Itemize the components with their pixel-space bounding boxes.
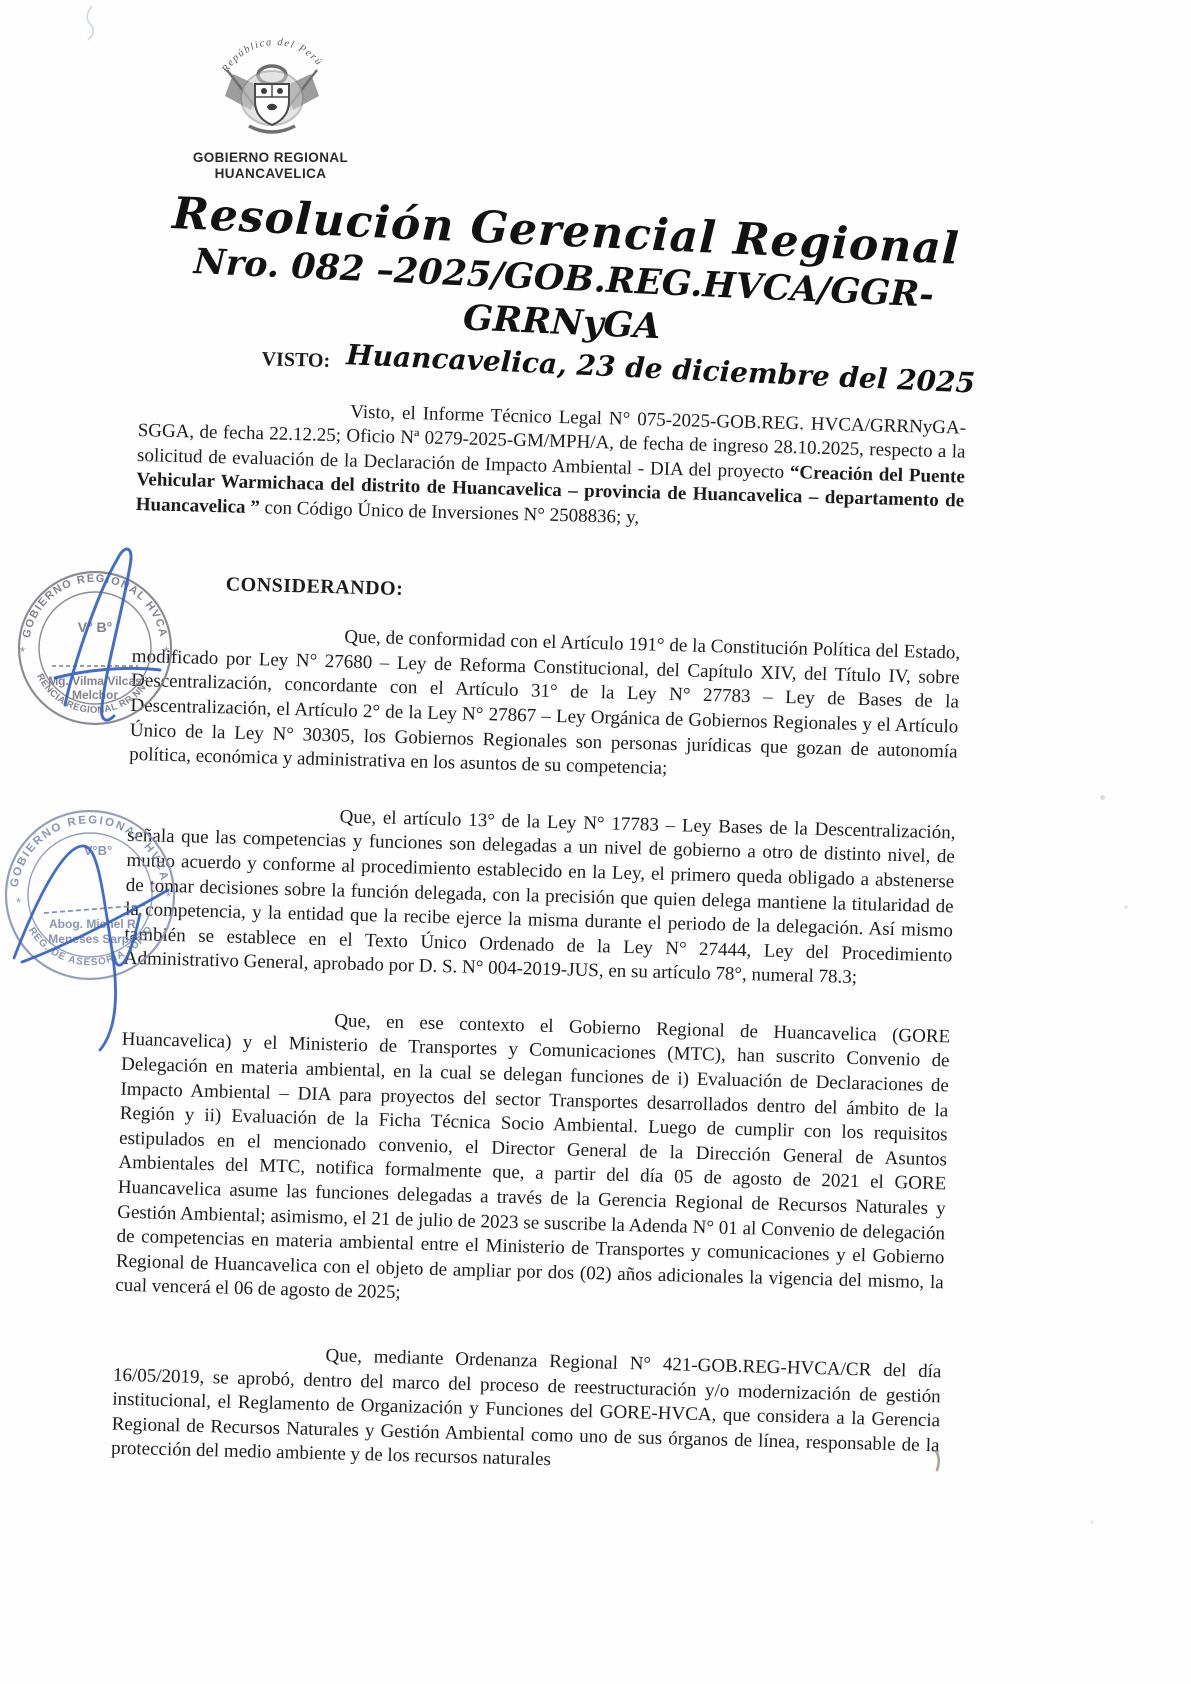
document-page: República del Perú	[0, 0, 1191, 1684]
visto-paragraph: Visto, el Informe Técnico Legal N° 075-2…	[135, 395, 966, 540]
signature-meneses-sarpa	[0, 818, 210, 1058]
scan-artifact-top-left	[70, 2, 120, 52]
svg-text:República del Perú: República del Perú	[219, 37, 324, 75]
emblem-banner	[249, 126, 295, 132]
considerando-paragraph-1: Que, de conformidad con el Artículo 191°…	[129, 620, 961, 789]
emblem-arc-text: República del Perú	[219, 37, 324, 75]
signature-vilma-vilcas	[30, 528, 190, 748]
considerando-paragraph-2: Que, el artículo 13° de la Ley N° 17783 …	[124, 800, 956, 994]
org-name-line2: HUANCAVELICA	[188, 166, 353, 182]
stamp1-star-left: *	[20, 644, 25, 659]
scan-speck	[1100, 795, 1105, 800]
considerando-heading: CONSIDERANDO:	[225, 572, 961, 616]
considerando-paragraph-4: Que, mediante Ordenanza Regional N° 421-…	[111, 1339, 942, 1484]
considerando-paragraph-3: Que, en ese contexto el Gobierno Regiona…	[115, 1004, 950, 1321]
peru-coat-of-arms: República del Perú	[191, 30, 351, 148]
scan-speck	[1090, 1520, 1094, 1524]
resolution-body: VISTO: Visto, el Informe Técnico Legal N…	[111, 344, 968, 1483]
letterhead: República del Perú	[188, 30, 353, 182]
org-name-line1: GOBIERNO REGIONAL	[188, 150, 353, 166]
scan-speck	[1124, 905, 1128, 909]
